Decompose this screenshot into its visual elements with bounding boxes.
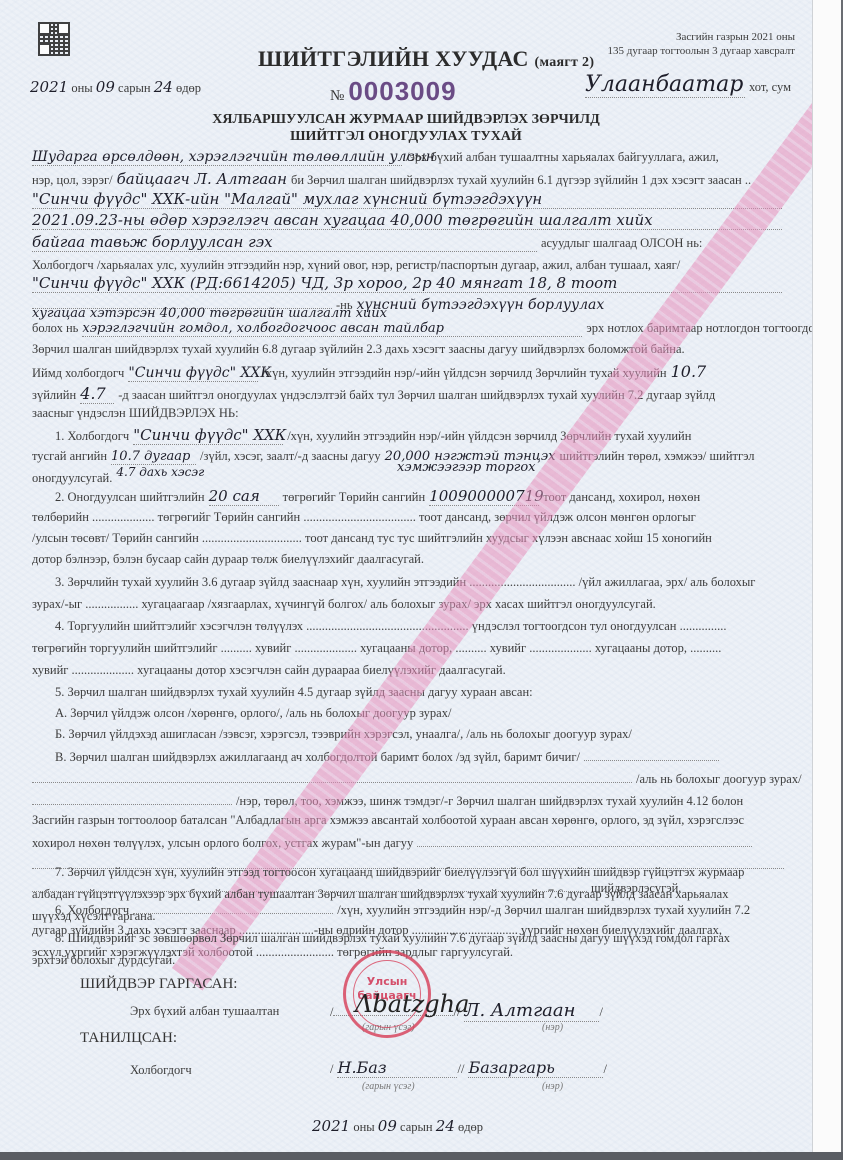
issue-date: 2021 оны 09 сарын 24 өдөр [30,78,201,96]
evidence-line: болох нь хэрэглэгчийн гомдол, холбогдогч… [32,319,813,337]
item-2-line-2: төлбөрийн .................... төгрөгийг… [32,510,696,525]
item-1-line-3: оногдуулсугай. 4.7 дахь хэсэг [32,469,204,487]
item-1-line-2: тусгай ангийн 10.7 дугаар /зүйл, хэсэг, … [32,447,755,465]
official-label: Эрх бүхий албан тушаалтан [130,1004,279,1019]
item-7-line-3: шүүхэд хүсэлт гаргана. [32,909,156,924]
thus-line: Иймд холбогдогч "Синчи фүүдс" ХХК /хүн, … [32,362,706,382]
item-5-c-line-5: хохирол нөхөн төлүүлэх, улсын орлого бол… [32,834,752,852]
official-name-line: нэр, цол, зэрэг/ байцаагч Л. Алтгаан би … [32,170,751,189]
item-5-c-line-4: Засгийн газрын тогтоолоор баталсан "Алба… [32,813,744,828]
document-number: № 0003009 [330,76,457,107]
party-signature-line: / Н.Баз// Базаргарь/ [330,1058,607,1078]
item-5-c-line-2: /аль нь болохыг доогуур зурах/ [32,770,802,788]
party-label: Холбогдогч /харьяалах улс, хуулийн этгээ… [32,258,680,273]
item-5-b: Б. Зөрчил үйлдэхэд ашигласан /зэвсэг, хэ… [55,727,632,742]
official-name-caption: (нэр) [542,1022,563,1033]
item-4-line-2: төгрөгийн торгуулийн шийтгэлийг ........… [32,641,721,656]
issue-city: Улаанбаатар хот, сум [585,72,791,98]
party-details: "Синчи фүүдс" ХХК (РД:6614205) ЧД, 3р хо… [32,274,782,293]
form-label: (маягт 2) [535,55,595,70]
issue-line-2: 2021.09.23-ны өдөр хэрэглэгч авсан хугац… [32,211,782,230]
annex-line-2: 135 дугаар тогтоолын 3 дугаар хавсралт [595,45,795,57]
item-8-line-2: эрхтэй болохыг дурдсугай. [32,953,175,968]
item-7-line-1: 7. Зөрчил үйлдсэн хүн, хуулийн этгээд то… [55,865,744,880]
item-3-line-1: 3. Зөрчлийн тухай хуулийн 3.6 дугаар зүй… [55,575,755,590]
issue-line-1: "Синчи фүүдс" ХХК-ийн "Малгай" мухлаг хү… [32,190,782,209]
item-4-line-3: хувийг .................... хугацааны до… [32,663,506,678]
item-1-penalty-type: хэмжээгээр торгох [397,460,536,475]
item-5-c: В. Зөрчил шалган шийдвэрлэх ажиллагаанд … [55,748,719,766]
issued-heading: ШИЙДВЭР ГАРГАСАН: [80,976,237,993]
scan-margin [812,0,843,1152]
acknowledgement-date: 2021 оны 09 сарын 24 өдөр [312,1117,483,1135]
scan-bottom-edge [0,1152,843,1160]
item-2-line-3: /улсын төсөвт/ Төрийн сангийн ..........… [32,531,712,546]
article-line: зүйлийн 4.7 -д заасан шийтгэл оногдуулах… [32,384,715,404]
item-3-line-2: зурах/-ыг ................. хугацаагаар … [32,597,656,612]
item-5-line-1: 5. Зөрчил шалган шийдвэрлэх тухай хуулий… [55,685,533,700]
subtitle-line-2: ШИЙТГЭЛ ОНОГДУУЛАХ ТУХАЙ [0,129,812,145]
item-6-line-1: 6. Холбогдогч /хүн, хуулийн этгээдийн нэ… [55,901,750,919]
item-2-line-4: дотор бэлнээр, бэлэн бусаар сайн дураар … [32,552,424,567]
item-5-c-line-3: /нэр, төрөл, тоо, хэмжээ, шинж тэмдэг/-г… [32,792,743,810]
party-name-caption: (нэр) [542,1081,563,1092]
org-line: Шударга өрсөлдөөн, хэрэглэгчийн төлөөлли… [32,148,719,166]
document-title: ШИЙТГЭЛИЙН ХУУДАС (маягт 2) [258,46,594,72]
qr-code-icon [38,22,70,56]
official-signature: Ʌbatzgha [355,990,469,1018]
decide-label: заасныг үндэслэн ШИЙДВЭРЛЭХ НЬ: [32,406,239,421]
item-1-line-1: 1. Холбогдогч "Синчи фүүдс" ХХК /хүн, ху… [55,426,691,445]
annex-line-1: Засгийн газрын 2021 оны [650,31,795,43]
subtitle-line-1: ХЯЛБАРШУУЛСАН ЖУРМААР ШИЙДВЭРЛЭХ ЗӨРЧИЛД [0,112,812,128]
issue-line-3: байгаа тавьж борлуулсан гэх асуудлыг шал… [32,233,702,252]
item-7-line-2: албадан гүйцэтгүүлэхээр эрх бүхий албан … [32,887,728,902]
basis-text: Зөрчил шалган шийдвэрлэх тухай хуулийн 6… [32,342,685,357]
item-4-line-1: 4. Торгуулийн шийтгэлийг хэсэгчлэн төлүү… [55,619,726,634]
party-signature-caption: (гарын үсэг) [362,1081,415,1092]
item-5-a: А. Зөрчил үйлдэж олсон /хөрөнгө, орлого/… [55,706,451,721]
item-8-line-1: 8. Шийдвэрийг эс зөвшөөрвөл Зөрчил шалга… [55,931,730,946]
item-2-line-1: 2. Оногдуулсан шийтгэлийн 20 сая төгрөги… [55,487,700,506]
acknowledged-heading: ТАНИЛЦСАН: [80,1030,177,1047]
party-signature-label: Холбогдогч [130,1063,192,1078]
